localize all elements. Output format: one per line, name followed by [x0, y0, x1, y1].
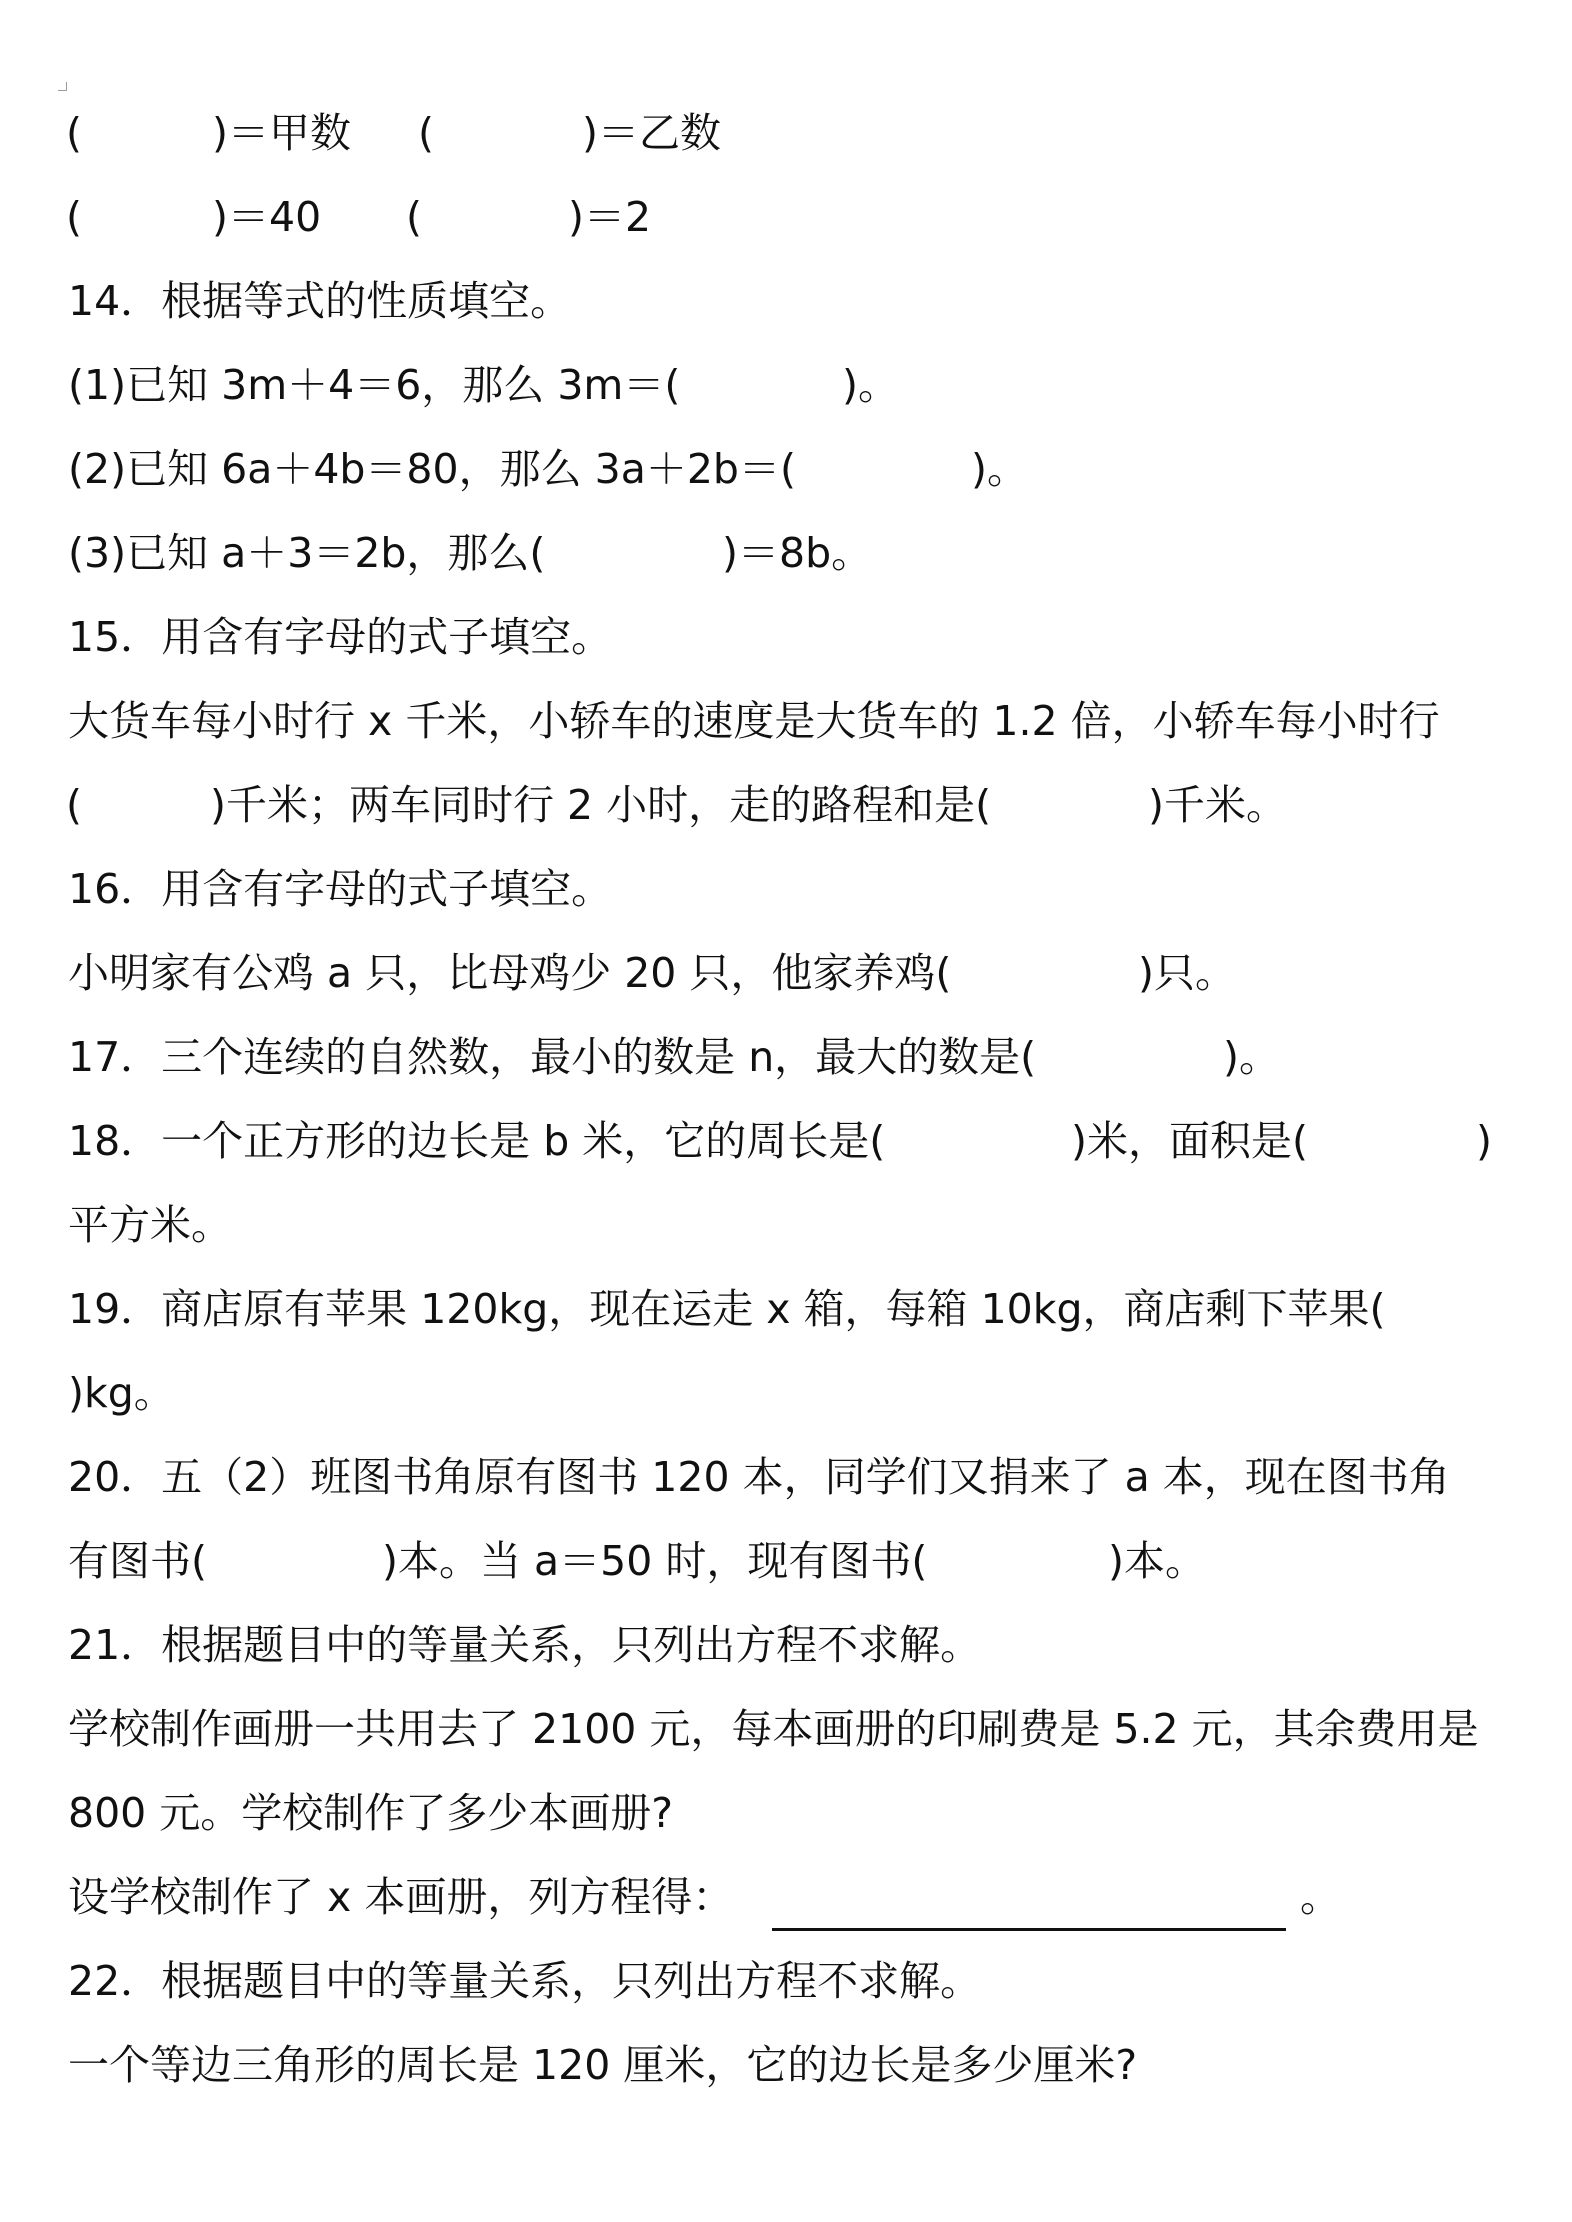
text-segment: 大货车每小时行 x 千米，小轿车的速度是大货车的 1.2 倍，小轿车每小时行 [68, 693, 1440, 749]
line-row-jia-yi: ()＝甲数()＝乙数 [0, 105, 1572, 161]
text-segment: 20．五（2）班图书角原有图书 120 本，同学们又捐来了 a 本，现在图书角 [68, 1449, 1450, 1505]
line-q18-1: 18．一个正方形的边长是 b 米，它的周长是()米，面积是() [0, 1113, 1572, 1169]
text-segment: 21．根据题目中的等量关系，只列出方程不求解。 [68, 1617, 981, 1673]
answer-blank[interactable] [230, 781, 1144, 829]
answer-blank[interactable] [88, 1117, 1067, 1165]
equation-answer-line[interactable] [772, 1928, 1286, 1931]
text-segment: )＝8b。 [722, 525, 872, 581]
text-segment: 。 [1300, 1869, 1341, 1925]
line-row-40-2: ()＝40()＝2 [0, 189, 1572, 245]
text-segment: 19．商店原有苹果 120kg，现在运走 x 箱，每箱 10kg，商店剩下苹果( [68, 1281, 1386, 1337]
text-segment: )只。 [1138, 945, 1236, 1001]
line-q14-2: (2)已知 6a＋4b＝80，那么 3a＋2b＝()。 [0, 441, 1572, 497]
answer-blank[interactable] [86, 781, 206, 829]
line-q21-title: 21．根据题目中的等量关系，只列出方程不求解。 [0, 1617, 1572, 1673]
text-segment: 22．根据题目中的等量关系，只列出方程不求解。 [68, 1953, 981, 2009]
line-q15-title: 15．用含有字母的式子填空。 [0, 609, 1572, 665]
text-segment: )本。 [1108, 1533, 1206, 1589]
answer-blank[interactable] [88, 1033, 1219, 1081]
answer-blank[interactable] [1091, 1117, 1472, 1165]
line-q19-2: )kg。 [0, 1365, 1572, 1421]
text-segment: )。 [1223, 1029, 1280, 1085]
line-q20-2: 有图书()本。当 a＝50 时，现有图书()本。 [0, 1533, 1572, 1589]
worksheet-page: ()＝甲数()＝乙数()＝40()＝214．根据等式的性质填空。(1)已知 3m… [0, 0, 1572, 2222]
text-segment: ( [66, 189, 82, 245]
answer-blank[interactable] [86, 193, 208, 241]
line-q15-body-1: 大货车每小时行 x 千米，小轿车的速度是大货车的 1.2 倍，小轿车每小时行 [0, 693, 1572, 749]
line-q19-1: 19．商店原有苹果 120kg，现在运走 x 箱，每箱 10kg，商店剩下苹果( [0, 1281, 1572, 1337]
text-segment: 学校制作画册一共用去了 2100 元，每本画册的印刷费是 5.2 元，其余费用是 [68, 1701, 1479, 1757]
text-segment: 一个等边三角形的周长是 120 厘米，它的边长是多少厘米? [68, 2037, 1137, 2093]
line-q17: 17．三个连续的自然数，最小的数是 n，最大的数是()。 [0, 1029, 1572, 1085]
line-q20-1: 20．五（2）班图书角原有图书 120 本，同学们又捐来了 a 本，现在图书角 [0, 1449, 1572, 1505]
answer-blank[interactable] [88, 949, 1134, 997]
line-q18-2: 平方米。 [0, 1197, 1572, 1253]
answer-blank[interactable] [438, 109, 578, 157]
line-q21-body-1: 学校制作画册一共用去了 2100 元，每本画册的印刷费是 5.2 元，其余费用是 [0, 1701, 1572, 1757]
text-segment: )。 [971, 441, 1028, 497]
text-segment: )＝2 [568, 189, 651, 245]
line-q22-body: 一个等边三角形的周长是 120 厘米，它的边长是多少厘米? [0, 2037, 1572, 2093]
line-q14-1: (1)已知 3m＋4＝6，那么 3m＝()。 [0, 357, 1572, 413]
text-segment: 800 元。学校制作了多少本画册? [68, 1785, 673, 1841]
answer-blank[interactable] [86, 109, 208, 157]
text-segment: )千米。 [1148, 777, 1287, 833]
line-q16-body: 小明家有公鸡 a 只，比母鸡少 20 只，他家养鸡()只。 [0, 945, 1572, 1001]
text-segment: )kg。 [68, 1365, 175, 1421]
text-segment: 设学校制作了 x 本画册，列方程得： [68, 1869, 733, 1925]
answer-blank[interactable] [88, 445, 967, 493]
line-q22-title: 22．根据题目中的等量关系，只列出方程不求解。 [0, 1953, 1572, 2009]
text-segment: 14．根据等式的性质填空。 [68, 273, 571, 329]
page-corner-mark [58, 82, 67, 91]
line-q14-3: (3)已知 a＋3＝2b，那么()＝8b。 [0, 525, 1572, 581]
line-q21-answer: 设学校制作了 x 本画册，列方程得：。 [0, 1869, 1572, 1925]
text-segment: )。 [842, 357, 899, 413]
text-segment: ( [418, 105, 434, 161]
line-q16-title: 16．用含有字母的式子填空。 [0, 861, 1572, 917]
answer-blank[interactable] [88, 361, 838, 409]
text-segment: 15．用含有字母的式子填空。 [68, 609, 612, 665]
answer-blank[interactable] [402, 1537, 1104, 1585]
line-q21-body-2: 800 元。学校制作了多少本画册? [0, 1785, 1572, 1841]
line-q15-body-2: ()千米；两车同时行 2 小时，走的路程和是()千米。 [0, 777, 1572, 833]
text-segment: )＝甲数 [212, 105, 351, 161]
text-segment: ( [66, 105, 82, 161]
text-segment: 平方米。 [68, 1197, 232, 1253]
text-segment: ) [1476, 1113, 1492, 1169]
text-segment: )＝乙数 [582, 105, 721, 161]
text-segment: )＝40 [212, 189, 321, 245]
answer-blank[interactable] [88, 1537, 378, 1585]
text-segment: ( [66, 777, 82, 833]
answer-blank[interactable] [88, 529, 718, 577]
text-segment: 16．用含有字母的式子填空。 [68, 861, 612, 917]
answer-blank[interactable] [426, 193, 564, 241]
text-segment: ( [406, 189, 422, 245]
line-q14-title: 14．根据等式的性质填空。 [0, 273, 1572, 329]
